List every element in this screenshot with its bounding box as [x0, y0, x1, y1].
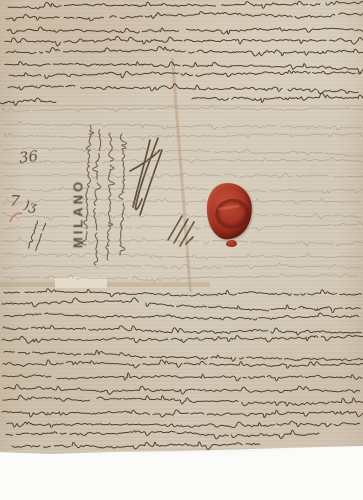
- top-text-block: [0, 1, 363, 105]
- handwriting-line: [3, 146, 363, 156]
- handwriting-line: [5, 36, 363, 46]
- handwriting-line: [2, 106, 363, 112]
- handwriting-line: [2, 373, 362, 381]
- handwriting-line: [4, 350, 363, 361]
- handwriting-line: [3, 395, 363, 406]
- seal-impression: [214, 197, 250, 230]
- handwriting-line: [6, 46, 363, 56]
- handwriting-line: [3, 360, 363, 368]
- weight-pen-mark: 36: [18, 147, 39, 167]
- handwriting-line: [6, 430, 319, 438]
- handwriting-line: [6, 11, 363, 20]
- handwriting-line: [12, 442, 260, 450]
- letter-scan: MILANO 36 7 )ʒ: [0, 0, 363, 500]
- handwriting-line: [4, 313, 359, 320]
- secondary-postmark-block: [28, 220, 46, 250]
- handwriting-line: [2, 298, 360, 313]
- handwriting-line: [4, 173, 363, 178]
- wax-drip: [226, 240, 237, 247]
- handwriting-line: [4, 289, 361, 297]
- paper-repair-patch: [55, 277, 107, 288]
- handwriting-line: [9, 70, 363, 78]
- handwriting-line: [4, 122, 361, 131]
- handwriting-line: [2, 410, 363, 418]
- handwriting-line: [2, 263, 361, 269]
- handwriting-line: [7, 421, 360, 428]
- handwriting-line: [3, 252, 362, 259]
- handwriting-line: [7, 27, 363, 34]
- handwriting-line: [4, 133, 363, 140]
- handwriting-line: [4, 384, 360, 394]
- handwriting-line: [5, 61, 363, 72]
- handwriting-line: [2, 158, 363, 165]
- origin-postmark-milano: MILANO: [71, 175, 88, 253]
- handwriting-line: [119, 134, 127, 255]
- handwriting-line: [8, 1, 363, 9]
- handwriting-line: [3, 325, 361, 335]
- handwriting-line: [8, 84, 358, 94]
- handwriting-line: [2, 335, 363, 343]
- handwriting-line: [192, 93, 363, 102]
- bottom-text-block: [2, 289, 363, 450]
- handwriting-line: [0, 98, 56, 105]
- handwriting-layer: [0, 0, 363, 500]
- address-script-block: [82, 125, 127, 265]
- rate-pen-mark-1: 7: [9, 192, 20, 211]
- upper-fold-crease: [0, 105, 363, 107]
